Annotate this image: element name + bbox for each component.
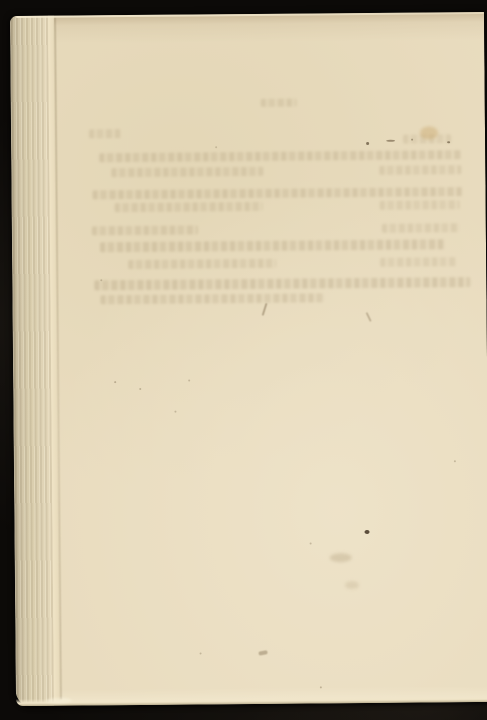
paper-speck	[200, 652, 202, 654]
faint-smudge-2	[345, 581, 359, 589]
paper-speck	[447, 141, 450, 143]
slash-mark	[262, 303, 268, 316]
faint-smudge	[330, 553, 352, 562]
paper-speck	[114, 381, 116, 383]
tick-mark	[366, 312, 372, 322]
paper-speck	[100, 279, 102, 281]
paper-speck	[364, 530, 369, 534]
paper-speck	[386, 140, 395, 142]
paper-speck	[139, 388, 141, 390]
paper-speck	[366, 142, 369, 145]
paper-speck	[411, 139, 413, 141]
book-page	[10, 12, 487, 706]
small-mark	[258, 650, 268, 656]
paper-speck	[188, 380, 190, 382]
paper-speck	[310, 542, 312, 544]
paper-speck	[215, 146, 217, 148]
paper-marks-layer	[10, 12, 487, 706]
paper-speck	[174, 411, 176, 413]
paper-speck	[320, 686, 322, 688]
paper-speck	[454, 460, 456, 462]
yellow-stain	[420, 126, 438, 139]
